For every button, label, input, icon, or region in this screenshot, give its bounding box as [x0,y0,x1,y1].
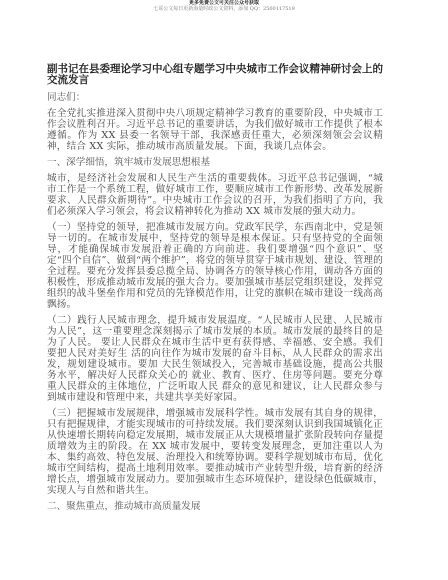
greeting: 同志们： [47,92,383,103]
point-1-paragraph: （一）坚持党的领导，把准城市发展方向。党政军民学，东西南北中，党是领导一切的。在… [47,222,383,310]
document-body: 副书记在县委理论学习中心组专题学习中央城市工作会议精神研讨会上的交流发言 同志们… [47,64,383,517]
intro-paragraph: 在全党扎实推进深入贯彻中央八项规定精神学习教育的重要阶段，中央城市工作会议胜利召… [47,108,383,152]
document-title: 副书记在县委理论学习中心组专题学习中央城市工作会议精神研讨会上的交流发言 [47,64,383,86]
section-heading-2: 二、聚焦重点，推动城市高质量发展 [47,501,383,512]
point-3-paragraph: （三）把握城市发展规律，增强城市发展科学性。城市发展有其自身的规律，只有把握规律… [47,408,383,496]
section1-intro-paragraph: 城市，是经济社会发展和人民生产生活的重要载体。习近平总书记强调，“城市工作是一个… [47,173,383,217]
page-header-contact: 七哥公文每日更新海量时政公文资料，添加 QQ：2500117519 [0,6,448,12]
point-2-paragraph: （二）践行人民城市理念，提升城市发展温度。“人民城市人民建、人民城市为人民”，这… [47,315,383,403]
section-heading-1: 一、深学细悟，筑牢城市发展思想根基 [47,157,383,168]
